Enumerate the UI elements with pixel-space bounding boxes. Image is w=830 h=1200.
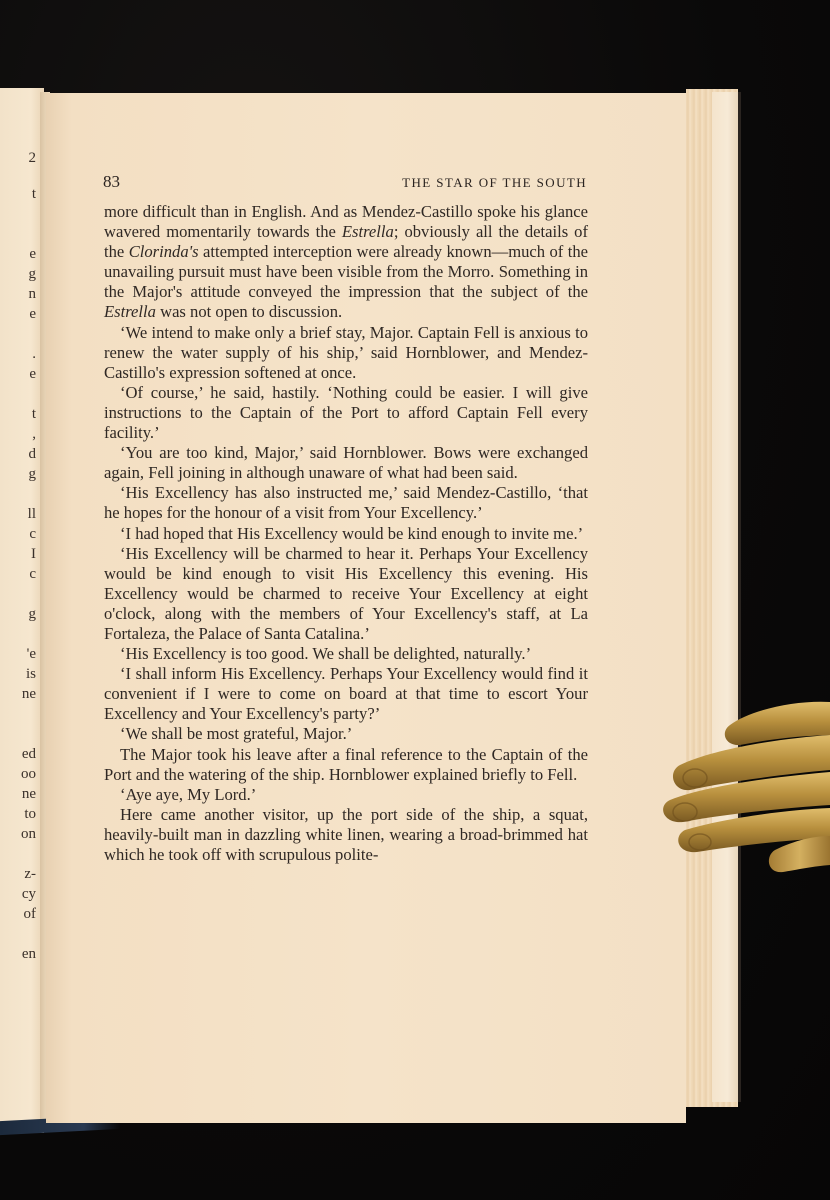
text-fragment: ne: [22, 784, 36, 804]
book-board-edge: [712, 92, 741, 1102]
text-fragment: .: [32, 344, 36, 364]
page-body-text: more difficult than in English. And as M…: [104, 202, 588, 865]
text-fragment: 2: [29, 148, 37, 168]
photo-scene: 2tegne.et,dgllcIcg'eisneedoonetoonz-cyof…: [0, 0, 830, 1200]
text-fragment: I: [31, 544, 36, 564]
text-fragment: ,: [32, 424, 36, 444]
text-fragment: of: [24, 904, 37, 924]
text-fragment: e: [29, 244, 36, 264]
paragraph: ‘We shall be most grateful, Major.’: [104, 724, 588, 744]
text-fragment: en: [22, 944, 36, 964]
paragraph: Here came another visitor, up the port s…: [104, 805, 588, 865]
text-fragment: e: [29, 364, 36, 384]
text-fragment: n: [29, 284, 37, 304]
text-fragment: z-: [24, 864, 36, 884]
paragraph: ‘His Excellency will be charmed to hear …: [104, 544, 588, 644]
text-fragment: e: [29, 304, 36, 324]
text-fragment: g: [29, 264, 37, 284]
text-fragment: g: [29, 464, 37, 484]
text-fragment: t: [32, 404, 36, 424]
paragraph: ‘His Excellency has also instructed me,’…: [104, 483, 588, 523]
text-fragment: ne: [22, 684, 36, 704]
text-fragment: ll: [28, 504, 36, 524]
paragraph: ‘Aye aye, My Lord.’: [104, 785, 588, 805]
paragraph: ‘We intend to make only a brief stay, Ma…: [104, 323, 588, 383]
text-fragment: is: [26, 664, 36, 684]
text-fragment: c: [29, 564, 36, 584]
text-fragment: to: [24, 804, 36, 824]
brass-hand-icon: [655, 690, 830, 880]
paragraph: The Major took his leave after a final r…: [104, 745, 588, 785]
paragraph: more difficult than in English. And as M…: [104, 202, 588, 323]
paragraph: ‘Of course,’ he said, hastily. ‘Nothing …: [104, 383, 588, 443]
left-page-text-fragments: 2tegne.et,dgllcIcg'eisneedoonetoonz-cyof…: [0, 88, 40, 1133]
text-fragment: g: [29, 604, 37, 624]
text-fragment: t: [32, 184, 36, 204]
text-fragment: c: [29, 524, 36, 544]
text-fragment: 'e: [27, 644, 36, 664]
paragraph: ‘I shall inform His Excellency. Perhaps …: [104, 664, 588, 724]
left-facing-page: 2tegne.et,dgllcIcg'eisneedoonetoonz-cyof…: [0, 88, 44, 1133]
text-fragment: ed: [22, 744, 36, 764]
paragraph: ‘His Excellency is too good. We shall be…: [104, 644, 588, 664]
text-fragment: on: [21, 824, 36, 844]
running-head: THE STAR OF THE SOUTH: [402, 175, 587, 191]
text-fragment: d: [29, 444, 37, 464]
paragraph: ‘I had hoped that His Excellency would b…: [104, 524, 588, 544]
text-fragment: cy: [22, 884, 36, 904]
page-number: 83: [103, 172, 120, 192]
text-fragment: oo: [21, 764, 36, 784]
page-header: 83 THE STAR OF THE SOUTH: [103, 172, 587, 192]
paragraph: ‘You are too kind, Major,’ said Hornblow…: [104, 443, 588, 483]
